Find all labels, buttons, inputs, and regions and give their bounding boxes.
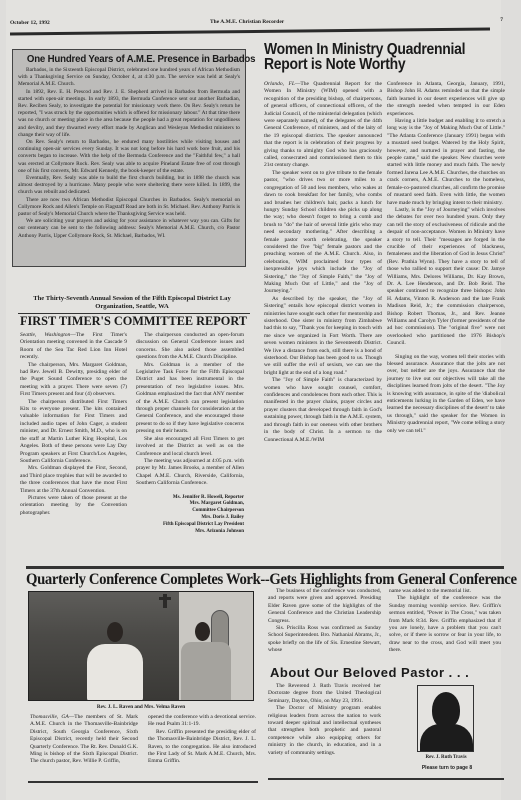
paragraph: Lastly, is the "Joy of Journeying" which… (387, 207, 505, 348)
signature-block: Ms. Jennifer R. Howell, Reporter Mrs. Ma… (136, 495, 244, 536)
paragraph: Mrs. Goldman is a member of the Legislat… (136, 362, 244, 436)
paragraph: The highlight of the conference was the … (389, 595, 501, 654)
portrait-caption: Rev. J. Ruth Travis (411, 755, 481, 760)
paragraph: The meeting was adjourned at 4:05 p.m. w… (136, 458, 244, 488)
paragraph: Thomasville, GA—The members of St. Mark … (30, 714, 138, 766)
barbados-body: Barbados, in the Sixteenth Episcopal Dis… (18, 67, 240, 240)
barbados-article: One Hundred Years of A.M.E. Presence in … (12, 49, 246, 267)
signature-line: Mrs. Arizonia Johnson (136, 529, 244, 536)
paragraph: She also encouraged all First Timers to … (136, 436, 244, 458)
paragraph: The chairperson, Mrs. Margaret Goldman, … (20, 362, 127, 399)
quarterly-column-3: The business of the conference was condu… (268, 588, 381, 655)
paragraph: Barbados, in the Sixteenth Episcopal Dis… (18, 67, 240, 89)
paragraph: Rev. Griffin presented the presiding eld… (148, 729, 256, 766)
paragraph: As described by the speaker, the "Joy of… (264, 296, 382, 377)
signature-line: Mrs. Doris J. Bailey (136, 515, 244, 522)
paragraph: Pictures were taken of those present at … (20, 495, 127, 517)
paragraph: The speaker went on to give tribute to t… (264, 170, 382, 296)
issue-date: October 12, 1992 (10, 20, 50, 26)
dateline: Seattle, Washington (20, 332, 70, 338)
paragraph: We are soliciting your prayers and askin… (18, 218, 240, 240)
paragraph: The chairperson distributed First Timers… (20, 399, 127, 466)
masthead: October 12, 1992 The A.M.E. Christian Re… (10, 14, 495, 28)
paragraph: The chairperson conducted an open-forum … (136, 332, 244, 362)
wim-column-2: Conference in Atlanta, Georgia, January,… (387, 81, 505, 435)
paragraph: Eventually, Rev. Sealy was able to build… (18, 175, 240, 197)
masthead-rule (10, 27, 490, 35)
about-pastor-headline: About Our Beloved Pastor . . . (270, 665, 510, 680)
first-timers-kicker: The Thirty-Seventh Annual Session of the… (18, 295, 246, 311)
paragraph: Conference in Atlanta, Georgia, January,… (387, 81, 505, 118)
quarterly-column-4: name was added to the memorial list. The… (389, 588, 501, 655)
photo-caption: Rev. J. L. Raven and Mrs. Velma Raven (28, 704, 254, 710)
paragraph: Mrs. Goldman displayed the First, Second… (20, 465, 127, 495)
paragraph: There are now two African Methodist Epis… (18, 197, 240, 219)
signature-line: Mrs. Margaret Goldman, (136, 501, 244, 508)
section-rule (28, 781, 258, 783)
raven-photo (28, 591, 254, 701)
signature-line: Fifth Episcopal District Lay President (136, 522, 244, 529)
paragraph: Singing on the way, women tell their sto… (387, 354, 505, 435)
dateline: Thomasville, GA (30, 714, 69, 720)
paragraph: opened the conference with a devotional … (148, 714, 256, 729)
about-pastor-column: The Reverend J. Ruth Travis received her… (268, 683, 381, 757)
section-rule (26, 566, 504, 569)
first-timers-column-1: Seattle, Washington—The First Timer's Or… (20, 332, 127, 517)
dateline: Orlando, FL (264, 81, 295, 87)
quarterly-headline: Quarterly Conference Completes Work--Get… (26, 571, 482, 589)
page-number: 7 (500, 17, 503, 23)
signature-line: Committee Chairperson (136, 508, 244, 515)
paragraph: Seattle, Washington—The First Timer's Or… (20, 332, 127, 362)
barbados-headline: One Hundred Years of A.M.E. Presence in … (27, 53, 231, 65)
paragraph: The business of the conference was condu… (268, 588, 381, 625)
newspaper-page: October 12, 1992 The A.M.E. Christian Re… (6, 0, 501, 800)
paragraph: Orlando, FL—The Quadrennial Report for t… (264, 81, 382, 170)
wim-column-1: Orlando, FL—The Quadrennial Report for t… (264, 81, 382, 444)
paragraph: On Rev. Sealy's return to Barbados, he e… (18, 139, 240, 175)
quarterly-column-1: Thomasville, GA—The members of St. Mark … (30, 714, 138, 766)
section-rule (268, 778, 504, 780)
paragraph: The Doctor of Ministry program enables r… (268, 705, 381, 757)
continued-notice: Please turn to page 8 (411, 765, 483, 771)
first-timers-column-2: The chairperson conducted an open-forum … (136, 332, 244, 535)
paragraph: The "Joy of Simple Faith" is characteriz… (264, 377, 382, 444)
paragraph: Having a little budget and enabling it t… (387, 118, 505, 207)
first-timers-headline: FIRST TIMER'S COMMITTEE REPORT (20, 314, 252, 329)
quarterly-column-2: opened the conference with a devotional … (148, 714, 256, 766)
signature-line: Ms. Jennifer R. Howell, Reporter (136, 495, 244, 502)
paragraph: The Reverend J. Ruth Travis received her… (268, 683, 381, 705)
paragraph: Sis. Priscilla Ross was confirmed as Sun… (268, 625, 381, 655)
paragraph: In 1892, Rev. E. H. Prescod and Rev. J. … (18, 89, 240, 139)
paper-name: The A.M.E. Christian Recorder (210, 19, 284, 25)
travis-portrait (417, 685, 474, 752)
wim-headline: Women In Ministry Quadrennial Report is … (264, 42, 480, 72)
